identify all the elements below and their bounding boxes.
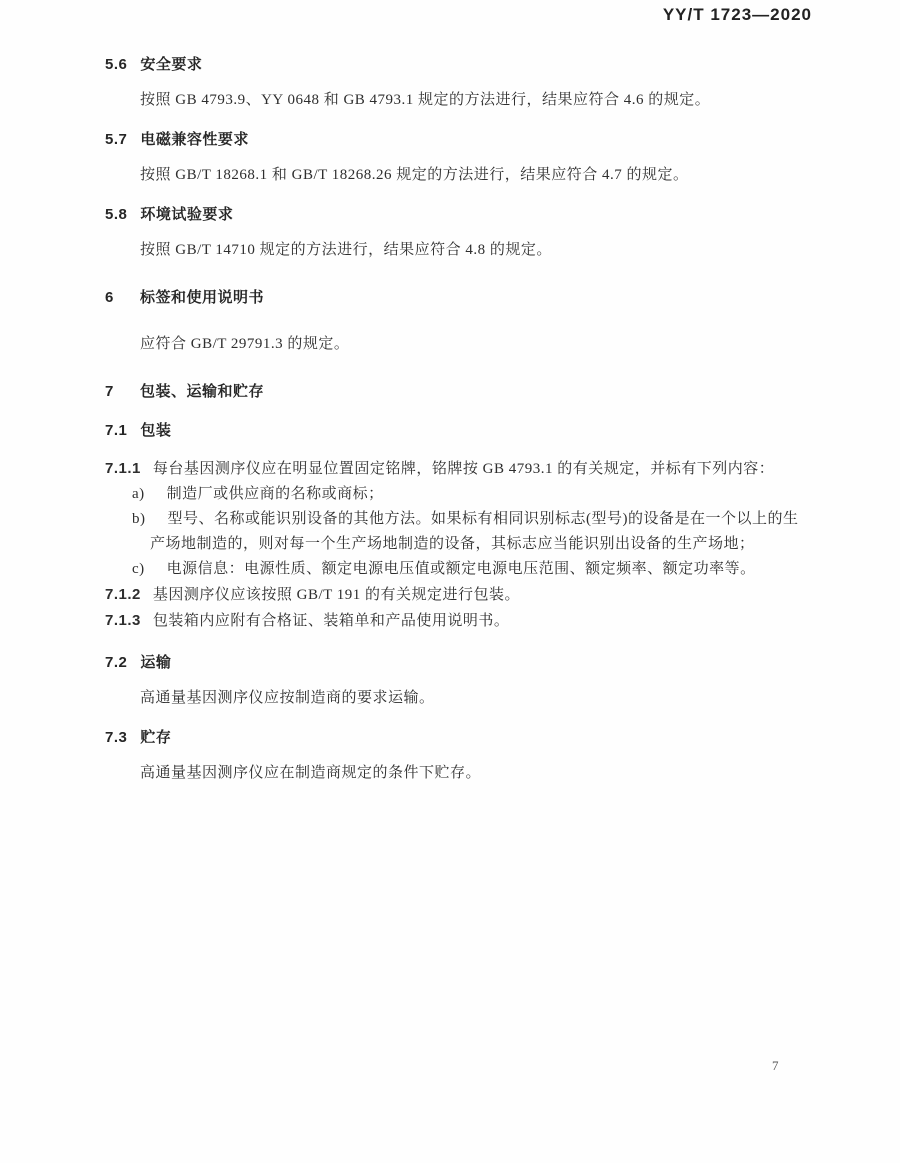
section-5-7-heading: 5.7电磁兼容性要求	[105, 129, 812, 150]
section-7-2-heading: 7.2运输	[105, 652, 812, 673]
section-7-1-title: 包装	[140, 422, 171, 439]
section-5-6-body: 按照 GB 4793.9、YY 0648 和 GB 4793.1 规定的方法进行…	[105, 90, 812, 111]
section-7-3-heading: 7.3贮存	[105, 727, 812, 748]
document-page: YY/T 1723—2020 5.6安全要求 按照 GB 4793.9、YY 0…	[0, 0, 900, 1163]
section-5-7-number: 5.7	[105, 129, 127, 150]
list-item-c-label: c)	[132, 557, 145, 582]
section-5-6-title: 安全要求	[140, 56, 202, 73]
clause-7-1-1: 7.1.1每台基因测序仪应在明显位置固定铭牌，铭牌按 GB 4793.1 的有关…	[105, 456, 812, 482]
page-number: 7	[772, 1058, 779, 1074]
section-5-7-body: 按照 GB/T 18268.1 和 GB/T 18268.26 规定的方法进行，…	[105, 165, 812, 186]
document-content: 5.6安全要求 按照 GB 4793.9、YY 0648 和 GB 4793.1…	[0, 54, 900, 784]
section-5-6-number: 5.6	[105, 54, 127, 75]
section-7-1-heading: 7.1包装	[105, 420, 812, 441]
list-item-a-label: a)	[132, 482, 145, 507]
section-7-2-title: 运输	[140, 654, 171, 671]
list-item-c-text: 电源信息：电源性质、额定电源电压值或额定电源电压范围、额定频率、额定功率等。	[167, 561, 756, 577]
clause-7-1-3: 7.1.3包装箱内应附有合格证、装箱单和产品使用说明书。	[105, 608, 812, 634]
section-7-1-number: 7.1	[105, 420, 127, 441]
list-item-a-text: 制造厂或供应商的名称或商标；	[167, 486, 384, 502]
list-item-b-text: 型号、名称或能识别设备的其他方法。如果标有相同识别标志(型号)的设备是在一个以上…	[150, 511, 799, 552]
section-7-number: 7	[105, 381, 127, 402]
list-item-a: a)制造厂或供应商的名称或商标；	[105, 482, 812, 507]
nameplate-items-list: a)制造厂或供应商的名称或商标； b)型号、名称或能识别设备的其他方法。如果标有…	[105, 482, 812, 582]
section-5-8-number: 5.8	[105, 204, 127, 225]
section-7-2-number: 7.2	[105, 652, 127, 673]
list-item-b-label: b)	[132, 507, 146, 532]
clause-7-1-3-text: 包装箱内应附有合格证、装箱单和产品使用说明书。	[153, 613, 510, 629]
clause-7-1-2-text: 基因测序仪应该按照 GB/T 191 的有关规定进行包装。	[153, 587, 520, 603]
section-6-title: 标签和使用说明书	[140, 289, 264, 306]
clause-7-1-1-number: 7.1.1	[105, 460, 141, 477]
clause-7-1-2: 7.1.2基因测序仪应该按照 GB/T 191 的有关规定进行包装。	[105, 582, 812, 608]
standard-number: YY/T 1723—2020	[663, 5, 812, 24]
section-6-number: 6	[105, 287, 127, 308]
section-7-3-number: 7.3	[105, 727, 127, 748]
list-item-b: b)型号、名称或能识别设备的其他方法。如果标有相同识别标志(型号)的设备是在一个…	[105, 507, 812, 557]
section-7-3-body: 高通量基因测序仪应在制造商规定的条件下贮存。	[105, 763, 812, 784]
section-6-heading: 6标签和使用说明书	[105, 287, 812, 308]
list-item-c: c)电源信息：电源性质、额定电源电压值或额定电源电压范围、额定频率、额定功率等。	[105, 557, 812, 582]
clause-7-1-2-number: 7.1.2	[105, 586, 141, 603]
section-7-title: 包装、运输和贮存	[140, 383, 264, 400]
section-7-heading: 7包装、运输和贮存	[105, 381, 812, 402]
section-6-body: 应符合 GB/T 29791.3 的规定。	[105, 334, 812, 355]
section-5-7-title: 电磁兼容性要求	[140, 131, 249, 148]
clause-7-1-3-number: 7.1.3	[105, 612, 141, 629]
page-header: YY/T 1723—2020	[0, 0, 900, 25]
section-5-8-body: 按照 GB/T 14710 规定的方法进行，结果应符合 4.8 的规定。	[105, 240, 812, 261]
section-5-6-heading: 5.6安全要求	[105, 54, 812, 75]
section-5-8-title: 环境试验要求	[140, 206, 233, 223]
clause-7-1-1-text: 每台基因测序仪应在明显位置固定铭牌，铭牌按 GB 4793.1 的有关规定，并标…	[153, 461, 774, 477]
clause-block-7-1: 7.1.1每台基因测序仪应在明显位置固定铭牌，铭牌按 GB 4793.1 的有关…	[105, 456, 812, 634]
section-7-2-body: 高通量基因测序仪应按制造商的要求运输。	[105, 688, 812, 709]
section-5-8-heading: 5.8环境试验要求	[105, 204, 812, 225]
section-7-3-title: 贮存	[140, 729, 171, 746]
